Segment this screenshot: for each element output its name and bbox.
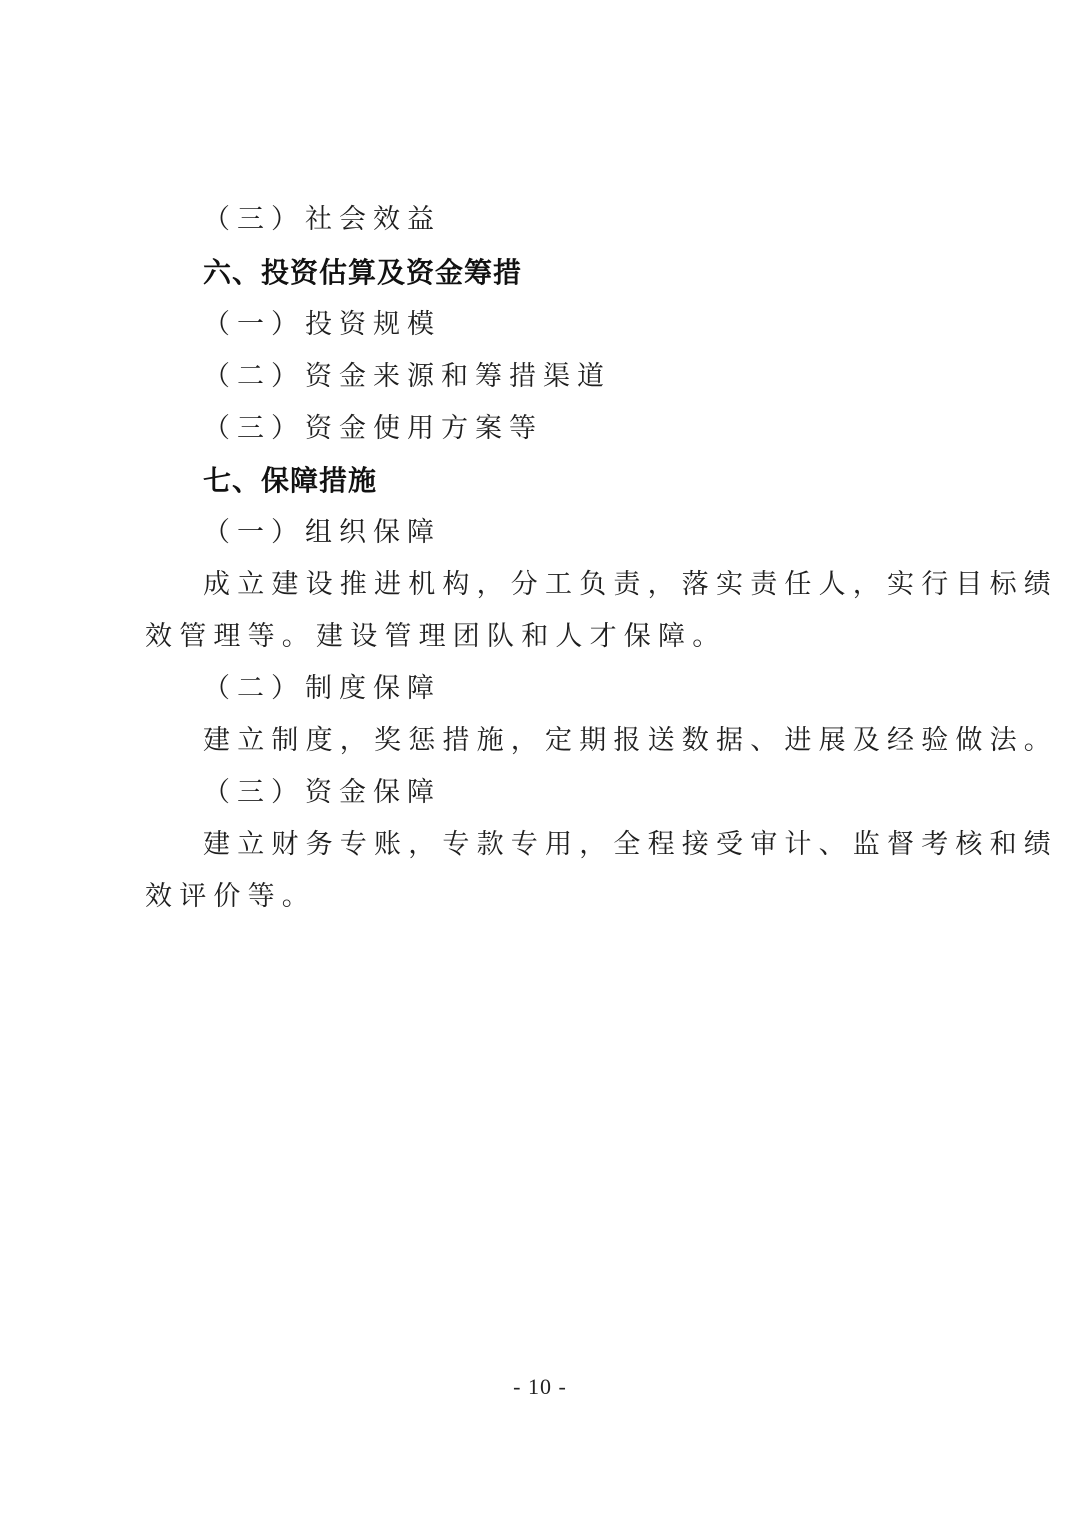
document-page: （三）社会效益 六、投资估算及资金筹措 （一）投资规模 （二）资金来源和筹措渠道… (0, 0, 1080, 1527)
page-number: - 10 - (0, 1374, 1080, 1400)
paragraph-organizational-line-2: 效管理等。建设管理团队和人才保障。 (145, 619, 726, 655)
subheading-investment-scale: （一）投资规模 (203, 307, 441, 343)
subheading-organizational-guarantee: （一）组织保障 (203, 515, 441, 551)
section-heading-investment: 六、投资估算及资金筹措 (203, 255, 522, 291)
section-heading-safeguards: 七、保障措施 (203, 463, 377, 499)
paragraph-institutional-line-1: 建立制度，奖惩措施，定期报送数据、进展及经验做法。 (203, 723, 1058, 759)
subheading-institutional-guarantee: （二）制度保障 (203, 671, 441, 707)
paragraph-organizational-line-1: 成立建设推进机构，分工负责，落实责任人，实行目标绩 (203, 567, 1058, 603)
subheading-funding-sources: （二）资金来源和筹措渠道 (203, 359, 611, 395)
subheading-funding-plan: （三）资金使用方案等 (203, 411, 543, 447)
subheading-funding-guarantee: （三）资金保障 (203, 775, 441, 811)
paragraph-funding-line-2: 效评价等。 (145, 879, 316, 915)
paragraph-funding-line-1: 建立财务专账，专款专用，全程接受审计、监督考核和绩 (203, 827, 1058, 863)
subheading-social-benefits: （三）社会效益 (203, 202, 441, 238)
